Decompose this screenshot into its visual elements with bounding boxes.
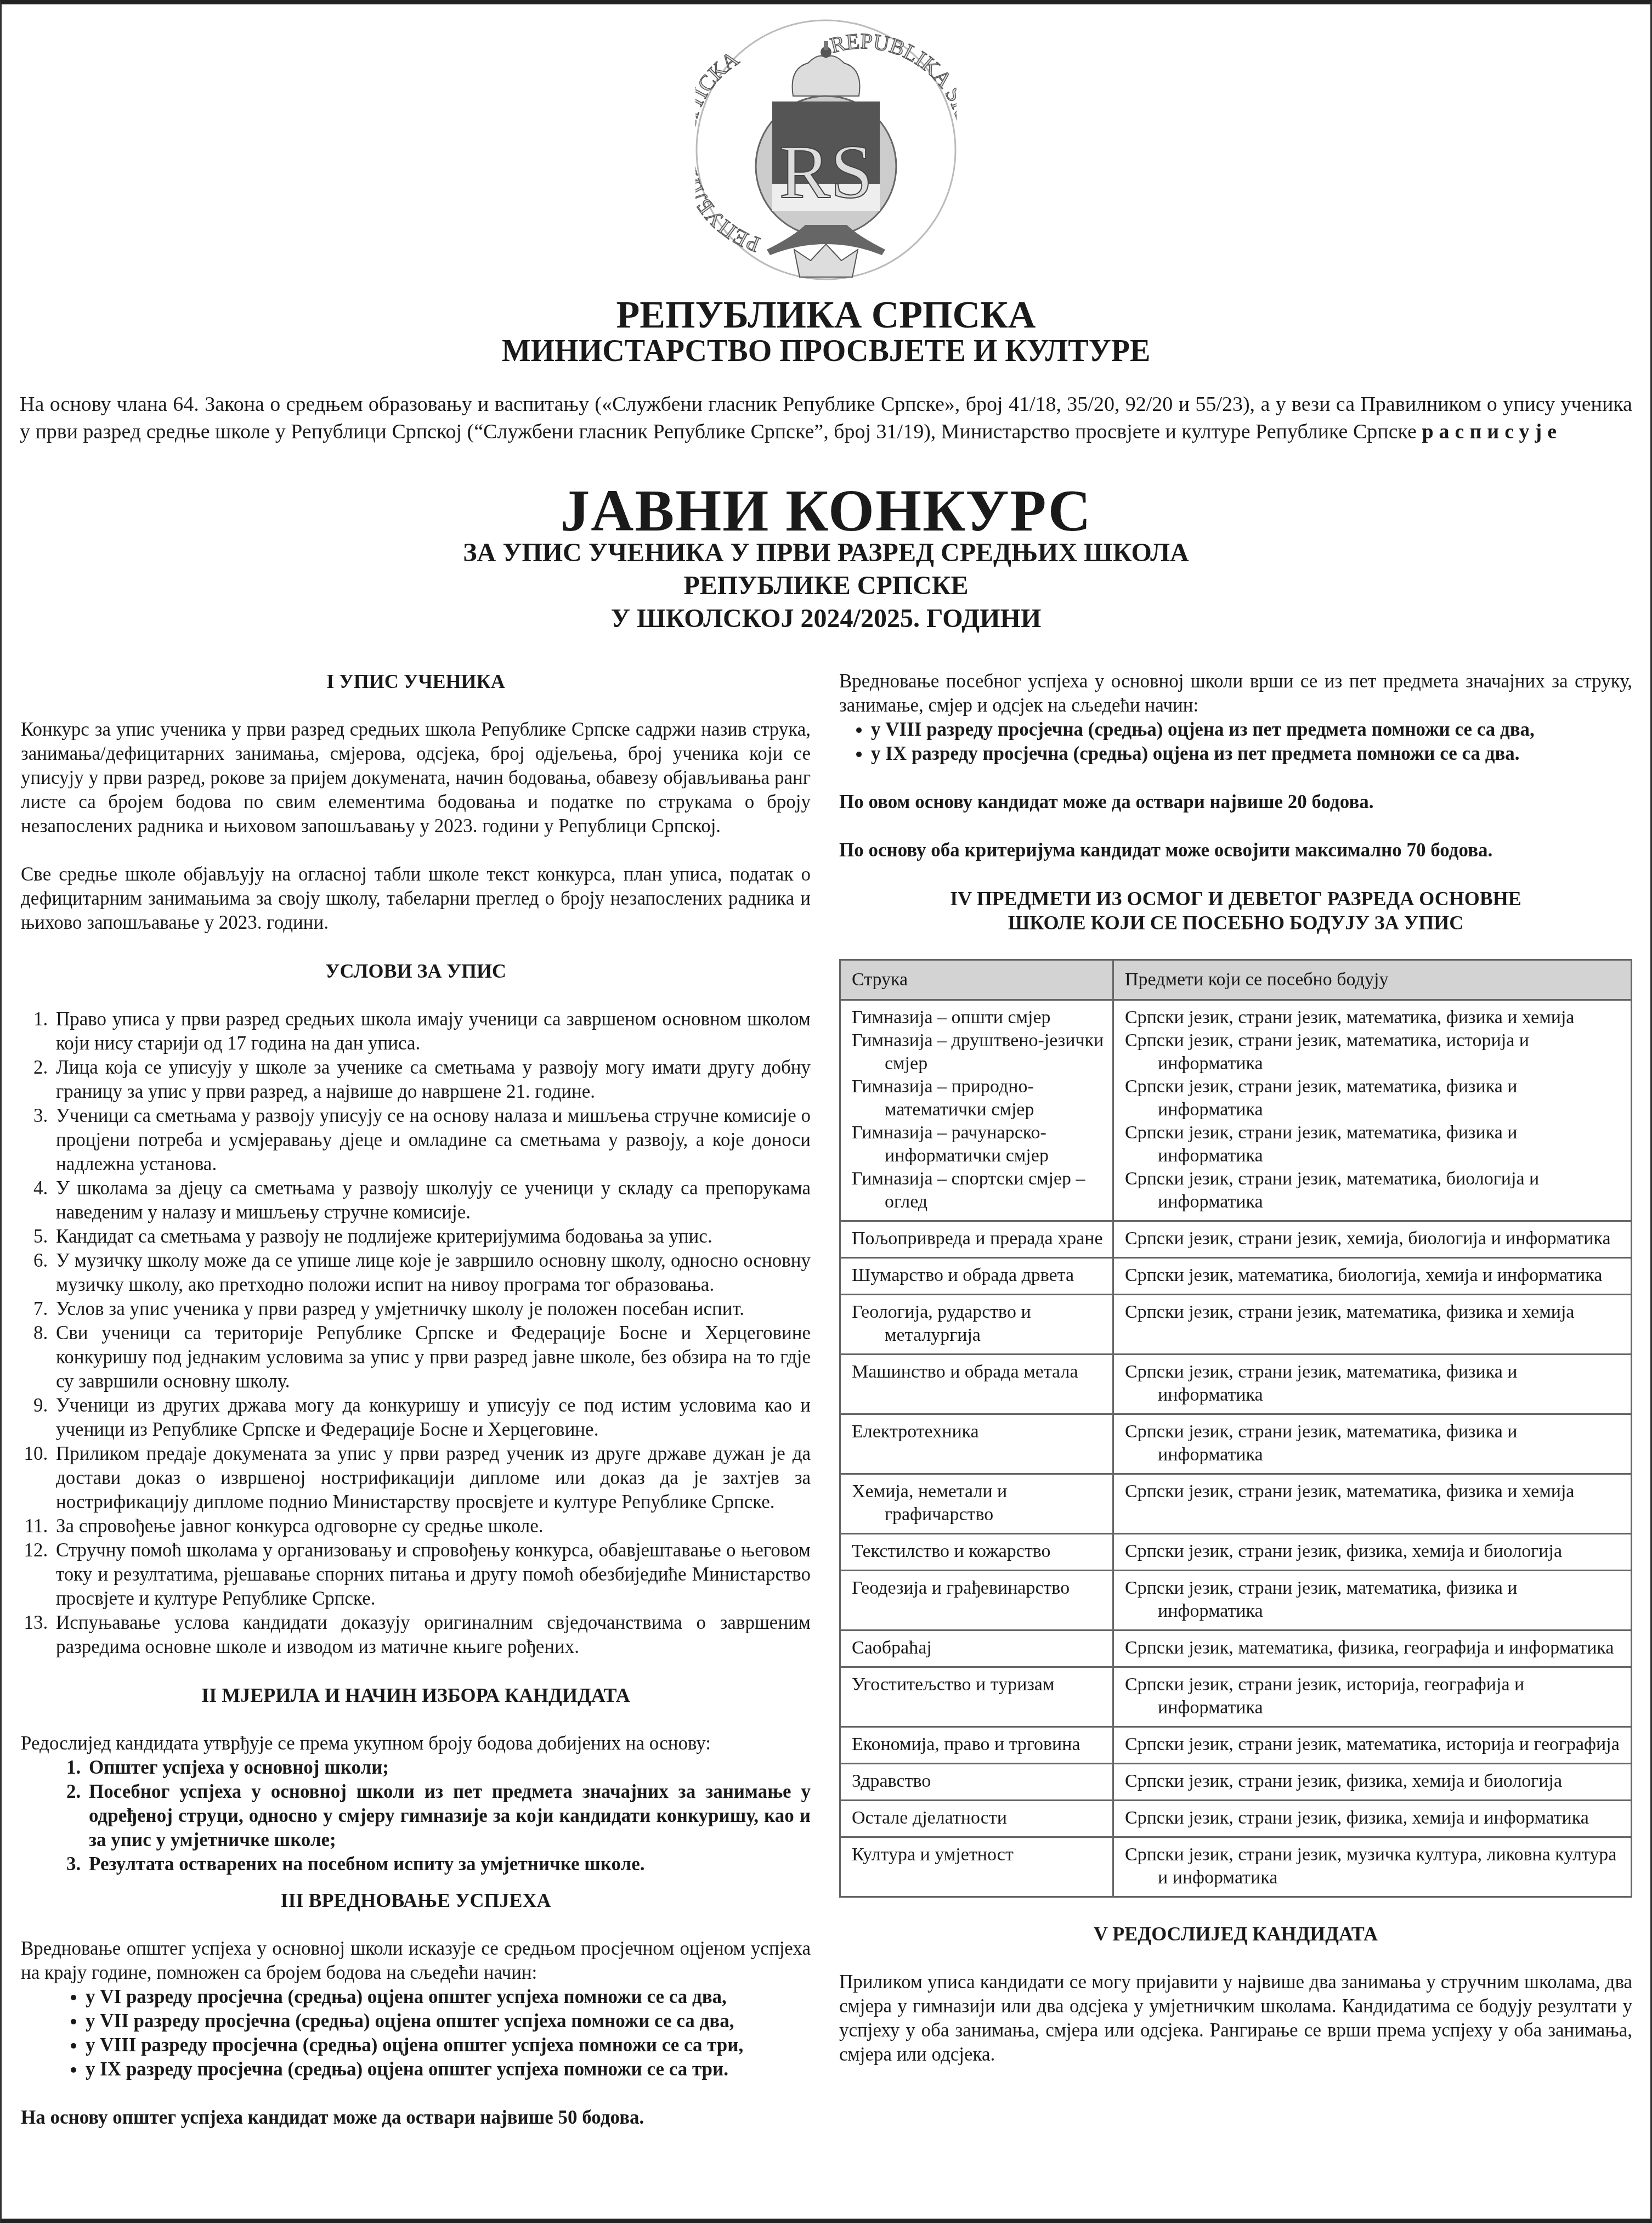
subjects-list: Српски језик, страни језик, историја, ге… [1125,1673,1625,1719]
subjects-cell: Српски језик, страни језик, математика, … [1113,1414,1632,1474]
field-name: Пољопривреда и прерада хране [852,1227,1107,1250]
field-cell: Текстилство и кожарство [840,1534,1113,1571]
condition-item: Ученици из других држава могу да конкури… [53,1393,811,1442]
condition-item: Испуњавање услова кандидати доказују ори… [53,1611,811,1659]
subjects-list: Српски језик, страни језик, математика, … [1125,1733,1625,1756]
section-4-title-line-1: IV ПРЕДМЕТИ ИЗ ОСМОГ И ДЕВЕТОГ РАЗРЕДА О… [839,887,1632,911]
table-row: Пољопривреда и прерада хранеСрпски језик… [840,1221,1632,1258]
field-cell: Саобраћај [840,1630,1113,1667]
right-column: Вредновање посебног успјеха у основној ш… [839,669,1632,2067]
subjects-cell: Српски језик, страни језик, математика, … [1113,1355,1632,1414]
field-cell: Пољопривреда и прерада хране [840,1221,1113,1258]
field-name: Здравство [852,1770,1107,1793]
table-row: ЗдравствоСрпски језик, страни језик, физ… [840,1764,1632,1801]
field-name: Геодезија и грађевинарство [852,1577,1107,1600]
condition-item: Кандидат са сметњама у развоју не подлиј… [53,1225,811,1249]
field-name: Машинство и обрада метала [852,1361,1107,1384]
left-column: I УПИС УЧЕНИКА Конкурс за упис ученика у… [21,669,811,2130]
section-2-title: II МЈЕРИЛА И НАЧИН ИЗБОРА КАНДИДАТА [21,1683,811,1707]
table-row: Култура и умјетностСрпски језик, страни … [840,1837,1632,1897]
subjects-cell: Српски језик, страни језик, физика, хеми… [1113,1534,1632,1571]
field-name: Гимназија – рачунарско-информатички смје… [852,1121,1107,1167]
criterion-item: Посебног успјеха у основној школи из пет… [86,1780,811,1852]
field-name: Угоститељство и туризам [852,1673,1107,1696]
field-cell: Култура и умјетност [840,1837,1113,1897]
table-row: Гимназија – општи смјерГимназија – друшт… [840,1000,1632,1221]
emblem-icon: РЕПУБЛИКА СРПСКА REPUBLIKA SRPSKA RS [695,19,957,280]
field-name: Саобраћај [852,1637,1107,1660]
subjects-cell: Српски језик, страни језик, математика, … [1113,1727,1632,1764]
section-5-title: V РЕДОСЛИЈЕД КАНДИДАТА [839,1922,1632,1946]
table-row: Шумарство и обрада дрветаСрпски језик, м… [840,1258,1632,1295]
field-name: Гимназија – друштвено-језички смјер [852,1029,1107,1075]
total-max: По основу оба критеријума кандидат може … [839,838,1632,862]
subjects-list: Српски језик, страни језик, математика, … [1125,1361,1625,1407]
field-cell: Машинство и обрада метала [840,1355,1113,1414]
document-subtitle-3: У ШКОЛСКОЈ 2024/2025. ГОДИНИ [0,603,1652,634]
section-4-title-line-2: ШКОЛЕ КОЈИ СЕ ПОСЕБНО БОДУЈУ ЗА УПИС [839,911,1632,935]
subjects-list: Српски језик, страни језик, математика, … [1125,1121,1625,1167]
table-row: Геологија, рударство и металургијаСрпски… [840,1295,1632,1355]
subjects-cell: Српски језик, страни језик, математика, … [1113,1571,1632,1630]
field-name: Геологија, рударство и металургија [852,1301,1107,1347]
field-cell: Шумарство и обрада дрвета [840,1258,1113,1295]
field-cell: Гимназија – општи смјерГимназија – друшт… [840,1000,1113,1221]
field-name: Гимназија – природно-математички смјер [852,1075,1107,1121]
table-row: Геодезија и грађевинарствоСрпски језик, … [840,1571,1632,1630]
document-subtitle-2: РЕПУБЛИКЕ СРПСКЕ [0,571,1652,601]
general-success-lead: Вредновање општег успјеха у основној шко… [21,1937,811,1985]
general-success-bullets: у VI разреду просјечна (средња) оцјена о… [21,1985,811,2081]
special-bullet-item: у VIII разреду просјечна (средња) оцјена… [871,718,1632,742]
section-5-paragraph: Приликом уписа кандидати се могу пријави… [839,1970,1632,2067]
condition-item: Ученици са сметњама у развоју уписују се… [53,1104,811,1176]
table-row: Текстилство и кожарствоСрпски језик, стр… [840,1534,1632,1571]
table-header-subjects: Предмети који се посебно бодују [1113,960,1632,1000]
intro-spaced-word: расписује [1422,420,1562,443]
subjects-list: Српски језик, страни језик, математика, … [1125,1167,1625,1214]
general-bullet-item: у IX разреду просјечна (средња) оцјена о… [86,2057,811,2081]
condition-item: За спровођење јавног конкурса одговорне … [53,1514,811,1538]
general-success-max: На основу општег успјеха кандидат може д… [21,2106,811,2130]
table-row: Угоститељство и туризамСрпски језик, стр… [840,1667,1632,1727]
criterion-item: Резултата остварених на посебном испиту … [86,1852,811,1876]
subjects-list: Српски језик, страни језик, математика, … [1125,1006,1625,1029]
criterion-item: Општег успјеха у основној школи; [86,1756,811,1780]
subjects-cell: Српски језик, страни језик, математика, … [1113,1000,1632,1221]
subjects-list: Српски језик, математика, физика, геогра… [1125,1637,1625,1660]
field-cell: Економија, право и трговина [840,1727,1113,1764]
table-row: Економија, право и трговинаСрпски језик,… [840,1727,1632,1764]
conditions-list: Право уписа у први разред средњих школа … [21,1007,811,1659]
subjects-list: Српски језик, страни језик, математика, … [1125,1301,1625,1324]
field-cell: Електротехника [840,1414,1113,1474]
subjects-list: Српски језик, страни језик, математика, … [1125,1577,1625,1623]
field-cell: Здравство [840,1764,1113,1801]
field-name: Економија, право и трговина [852,1733,1107,1756]
section-3-title: III ВРЕДНОВАЊЕ УСПЈЕХА [21,1888,811,1912]
table-row: Остале дјелатностиСрпски језик, страни ј… [840,1801,1632,1837]
general-bullet-item: у VII разреду просјечна (средња) оцјена … [86,2009,811,2033]
special-success-max: По овом основу кандидат може да оствари … [839,790,1632,814]
republic-heading: РЕПУБЛИКА СРПСКА [0,294,1652,337]
condition-item: Приликом предаје докумената за упис у пр… [53,1442,811,1514]
section-1-paragraph-1: Конкурс за упис ученика у први разред ср… [21,718,811,838]
table-row: Хемија, неметали и графичарствоСрпски је… [840,1474,1632,1534]
special-success-bullets: у VIII разреду просјечна (средња) оцјена… [839,718,1632,766]
condition-item: Сви ученици са територије Републике Српс… [53,1321,811,1393]
subjects-cell: Српски језик, математика, физика, геогра… [1113,1630,1632,1667]
ministry-heading: МИНИСТАРСТВО ПРОСВЈЕТЕ И КУЛТУРЕ [0,334,1652,369]
subjects-table: Струка Предмети који се посебно бодују Г… [839,959,1632,1898]
table-row: ЕлектротехникаСрпски језик, страни језик… [840,1414,1632,1474]
coat-of-arms-emblem: РЕПУБЛИКА СРПСКА REPUBLIKA SRPSKA RS [695,19,957,280]
document-subtitle-1: ЗА УПИС УЧЕНИКА У ПРВИ РАЗРЕД СРЕДЊИХ ШК… [0,538,1652,568]
field-name: Остале дјелатности [852,1807,1107,1830]
conditions-title: УСЛОВИ ЗА УПИС [21,959,811,983]
field-cell: Хемија, неметали и графичарство [840,1474,1113,1534]
subjects-cell: Српски језик, страни језик, физика, хеми… [1113,1764,1632,1801]
subjects-list: Српски језик, страни језик, математика, … [1125,1075,1625,1121]
subjects-cell: Српски језик, математика, биологија, хем… [1113,1258,1632,1295]
subjects-list: Српски језик, страни језик, физика, хеми… [1125,1540,1625,1563]
general-bullet-item: у VI разреду просјечна (средња) оцјена о… [86,1985,811,2009]
table-header-row: Струка Предмети који се посебно бодују [840,960,1632,1000]
subjects-list: Српски језик, страни језик, музичка култ… [1125,1843,1625,1889]
subjects-list: Српски језик, страни језик, математика, … [1125,1480,1625,1503]
criteria-list: Општег успјеха у основној школи;Посебног… [21,1756,811,1876]
condition-item: Лица која се уписују у школе за ученике … [53,1056,811,1104]
subjects-list: Српски језик, страни језик, хемија, биол… [1125,1227,1625,1250]
document-title: ЈАВНИ КОНКУРС [0,477,1652,545]
intro-text: На основу члана 64. Закона о средњем обр… [20,393,1632,443]
condition-item: У школама за дјецу са сметњама у развоју… [53,1176,811,1225]
field-cell: Угоститељство и туризам [840,1667,1113,1727]
table-header-field: Струка [840,960,1113,1000]
subjects-list: Српски језик, страни језик, физика, хеми… [1125,1807,1625,1830]
field-name: Електротехника [852,1420,1107,1443]
condition-item: У музичку школу може да се упише лице ко… [53,1249,811,1297]
section-2-lead: Редослијед кандидата утврђује се према у… [21,1731,811,1756]
special-success-lead: Вредновање посебног успјеха у основној ш… [839,669,1632,718]
subjects-list: Српски језик, страни језик, математика, … [1125,1420,1625,1466]
subjects-list: Српски језик, страни језик, физика, хеми… [1125,1770,1625,1793]
field-name: Шумарство и обрада дрвета [852,1264,1107,1287]
field-name: Култура и умјетност [852,1843,1107,1866]
emblem-monogram: RS [779,129,873,215]
field-name: Текстилство и кожарство [852,1540,1107,1563]
field-name: Гимназија – спортски смјер – оглед [852,1167,1107,1214]
intro-paragraph: На основу члана 64. Закона о средњем обр… [20,391,1632,445]
field-cell: Остале дјелатности [840,1801,1113,1837]
field-name: Хемија, неметали и графичарство [852,1480,1107,1526]
table-row: Машинство и обрада металаСрпски језик, с… [840,1355,1632,1414]
subjects-list: Српски језик, страни језик, математика, … [1125,1029,1625,1075]
subjects-cell: Српски језик, страни језик, историја, ге… [1113,1667,1632,1727]
special-bullet-item: у IX разреду просјечна (средња) оцјена и… [871,742,1632,766]
field-cell: Геологија, рударство и металургија [840,1295,1113,1355]
subjects-list: Српски језик, математика, биологија, хем… [1125,1264,1625,1287]
subjects-cell: Српски језик, страни језик, математика, … [1113,1474,1632,1534]
condition-item: Право уписа у први разред средњих школа … [53,1007,811,1056]
general-bullet-item: у VIII разреду просјечна (средња) оцјена… [86,2033,811,2057]
subjects-cell: Српски језик, страни језик, физика, хеми… [1113,1801,1632,1837]
subjects-cell: Српски језик, страни језик, музичка култ… [1113,1837,1632,1897]
field-name: Гимназија – општи смјер [852,1006,1107,1029]
field-cell: Геодезија и грађевинарство [840,1571,1113,1630]
subjects-cell: Српски језик, страни језик, хемија, биол… [1113,1221,1632,1258]
subjects-cell: Српски језик, страни језик, математика, … [1113,1295,1632,1355]
section-1-title: I УПИС УЧЕНИКА [21,669,811,693]
table-row: СаобраћајСрпски језик, математика, физик… [840,1630,1632,1667]
section-1-paragraph-2: Све средње школе објављују на огласној т… [21,862,811,935]
condition-item: Стручну помоћ школама у организовању и с… [53,1538,811,1611]
condition-item: Услов за упис ученика у први разред у ум… [53,1297,811,1321]
